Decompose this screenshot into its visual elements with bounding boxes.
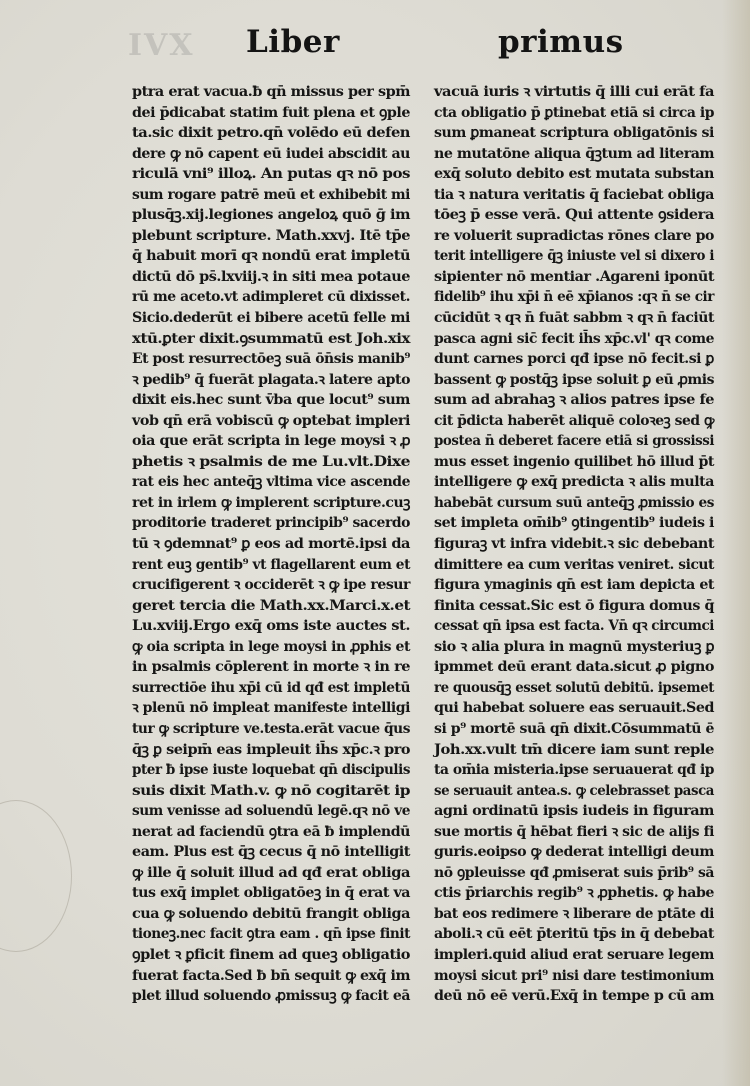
text-line: rat eis hec anteq̄ꝫ vltima vice ascende (132, 472, 410, 493)
text-line: mus esset ingenio quilibet hō illud p̄t (434, 452, 714, 473)
text-line: cua ꝙ soluendo debitū frangit obliga (132, 904, 410, 925)
text-line: tus exq̄ implet obligatōeꝫ in q̄ erat va (132, 883, 410, 904)
text-line: si p⁹ mortē suā qn̄ dixit.Cōsummatū ē (434, 719, 714, 740)
text-line: proditorie traderet principib⁹ sacerdo (132, 513, 410, 534)
text-line: sum ad abrahaꝫ ꝛ alios patres ipse fe (434, 390, 714, 411)
text-line: crucifigerent ꝛ occiderēt ꝛ ꝙ ipe resur (132, 575, 410, 596)
text-line: sum rogare patrē meū et exhibebit mi (132, 185, 410, 206)
text-line: sum venisse ad soluendū legē.qꝛ nō ve (132, 801, 410, 822)
text-line: pter ƀ ipse iuste loquebat qn̄ discipuli… (132, 760, 410, 781)
text-line: eam. Plus est q̄ꝫ cecus q̄ nō intelligit (132, 842, 410, 863)
text-line: dunt carnes porci qđ ipse nō fecit.si ꝑ (434, 349, 714, 370)
text-line: dimittere ea cum veritas veniret. sicut (434, 555, 714, 576)
text-line: ptra erat vacua.ƀ qn̄ missus per spm̄ (132, 82, 410, 103)
text-line: finita cessat.Sic est ō figura domus q̄ (434, 596, 714, 617)
text-line: sio ꝛ alia plura in magnū mysteriuꝫ ꝑ (434, 637, 714, 658)
text-line: ta om̄ia misteria.ipse seruauerat qđ ip (434, 760, 714, 781)
text-line: tioneꝫ.nec facit ꝯtra eam . qn̄ ipse fin… (132, 924, 410, 945)
text-line: q̄ habuit morī qꝛ nondū erat impletū (132, 246, 410, 267)
text-line: plet illud soluendo ꝓmissuꝫ ꝙ facit eā (132, 986, 410, 1007)
text-line: ꝯplet ꝛ ꝑficit finem ad queꝫ obligatio (132, 945, 410, 966)
text-line: geret tercia die Math.xx.Marci.x.et (132, 596, 410, 617)
text-line: in psalmis cōplerent in morte ꝛ in re (132, 657, 410, 678)
text-line: nerat ad faciendū ꝯtra eā ƀ implendū (132, 822, 410, 843)
text-line: cit p̄dicta haberēt aliquē coloꝛeꝫ sed ꝙ (434, 411, 714, 432)
text-line: q̄ꝫ ꝑ seipm̄ eas impleuit ih̄s xp̄c.ꝛ pr… (132, 740, 410, 761)
text-line: surrectiōe ihu xp̄i cū id qđ est impletū (132, 678, 410, 699)
text-line: tōeꝫ p̄ esse verā. Qui attente ꝯsidera (434, 205, 714, 226)
text-line: ta.sic dixit petro.qn̄ volēdo eū defen (132, 123, 410, 144)
text-line: sipienter nō mentiar .Agareni iponūt (434, 267, 714, 288)
text-line: agni ordinatū ipsis iudeis in figuram (434, 801, 714, 822)
text-line: ret in irlem ꝙ implerent scripture.cuꝫ (132, 493, 410, 514)
text-line: se seruauit antea.s. ꝙ celebrasset pasca (434, 781, 714, 802)
text-line: moysi sicut pri⁹ nisi dare testimonium (434, 966, 714, 987)
page-gutter-shadow (722, 0, 750, 1086)
text-line: dictū dō ps̄.lxviij.ꝛ in siti mea potaue (132, 267, 410, 288)
text-line: terit intelligere q̄ꝫ iniuste vel si dix… (434, 246, 714, 267)
text-line: Et post resurrectōeꝫ suā ōn̄sis manib⁹ (132, 349, 410, 370)
text-line: figura ymaginis qn̄ est iam depicta et (434, 575, 714, 596)
text-line: riculā vni⁹ illoꝝ. An putas qꝛ nō pos (132, 164, 410, 185)
text-line: Joh.xx.vult tm̄ dicere iam sunt reple (434, 740, 714, 761)
running-head-left: Liber (246, 24, 340, 60)
text-line: vob qn̄ erā vobiscū ꝙ optebat impleri (132, 411, 410, 432)
text-line: ꝛ plenū nō impleat manifeste intelligi (132, 698, 410, 719)
text-line: oia que erāt scripta in lege moysi ꝛ ꝓ (132, 431, 410, 452)
text-line: aboli.ꝛ cū eēt p̄teritū tp̄s in q̄ debeb… (434, 924, 714, 945)
text-line: tur ꝙ scripture ve.testa.erāt vacue q̄us (132, 719, 410, 740)
text-line: set impleta om̄ib⁹ ꝯtingentib⁹ iudeis i (434, 513, 714, 534)
text-line: pasca agni sic̄ fecit ih̄s xp̄c.vl' qꝛ c… (434, 329, 714, 350)
text-line: vacuā iuris ꝛ virtutis q̄ illi cui erāt … (434, 82, 714, 103)
text-line: xtū.ꝑter dixit.ꝯsummatū est Joh.xix (132, 329, 410, 350)
text-line: fidelib⁹ ihu xp̄i n̄ eē xp̄ianos :qꝛ n̄ … (434, 287, 714, 308)
text-line: re quousq̄ꝫ esset solutū debitū. ipsemet (434, 678, 714, 699)
text-line: ctis p̄riarchis regib⁹ ꝛ ꝓphetis. ꝙ habe (434, 883, 714, 904)
text-line: phetis ꝛ psalmis de me Lu.vlt.Dixe (132, 452, 410, 473)
text-line: Sicio.dederūt ei bibere acetū felle mi (132, 308, 410, 329)
text-line: re voluerit supradictas rōnes clare po (434, 226, 714, 247)
text-line: qui habebat soluere eas seruauit.Sed (434, 698, 714, 719)
text-line: sum ꝑmaneat scriptura obligatōnis si (434, 123, 714, 144)
text-line: ꝛ pedib⁹ q̄ fuerāt plagata.ꝛ latere apto (132, 370, 410, 391)
bleed-through-text: IVX (128, 28, 195, 63)
text-line: cessat qn̄ ipsa est facta. Vn̄ qꝛ circum… (434, 616, 714, 637)
text-line: exq̄ soluto debito est mutata substan (434, 164, 714, 185)
text-line: habebāt cursum suū anteq̄ꝫ ꝓmissio es (434, 493, 714, 514)
text-line: postea n̄ deberet facere etiā si grossis… (434, 431, 714, 452)
text-line: dere ꝙ nō capent eū iudei abscidit au (132, 144, 410, 165)
paper-stain (0, 800, 72, 952)
book-page: IVX Liber primus ptra erat vacua.ƀ qn̄ m… (0, 0, 750, 1086)
text-line: nō ꝯpleuisse qđ ꝓmiserat suis p̄rib⁹ sā (434, 863, 714, 884)
text-line: ipmmet deū erant data.sicut ꝓ pigno (434, 657, 714, 678)
text-line: cta obligatio p̄ ꝑtinebat etiā si circa … (434, 103, 714, 124)
text-line: ꝙ oia scripta in lege moysi in ꝓphis et (132, 637, 410, 658)
text-line: suis dixit Math.v. ꝙ nō cogitarēt ip (132, 781, 410, 802)
text-line: plebunt scripture. Math.xxvj. Itē tp̄e (132, 226, 410, 247)
text-line: fuerat facta.Sed ƀ bn̄ sequit ꝙ exq̄ im (132, 966, 410, 987)
running-head-right: primus (498, 24, 624, 60)
text-line: guris.eoipso ꝙ dederat intelligi deum (434, 842, 714, 863)
text-line: dei p̄dicabat statim fuit plena et ꝯple (132, 103, 410, 124)
text-line: Lu.xviij.Ergo exq̄ oms iste auctes st. (132, 616, 410, 637)
text-line: figuraꝫ vt infra videbit.ꝛ sic debebant (434, 534, 714, 555)
text-line: bassent ꝙ postq̄ꝫ ipse soluit ꝑ eū ꝓmis (434, 370, 714, 391)
text-line: plusq̄ꝫ.xij.legiones angeloꝝ quō ḡ im (132, 205, 410, 226)
text-line: deū nō eē verū.Exq̄ in tempe p cū am (434, 986, 714, 1007)
text-line: intelligere ꝙ exq̄ predicta ꝛ alis multa (434, 472, 714, 493)
text-line: ne mutatōne aliqua q̄ꝫtum ad literam (434, 144, 714, 165)
text-line: cūcidūt ꝛ qꝛ n̄ fuāt sabbm ꝛ qꝛ n̄ faciū… (434, 308, 714, 329)
text-line: rent euꝫ gentib⁹ vt flagellarent eum et (132, 555, 410, 576)
text-column-right: vacuā iuris ꝛ virtutis q̄ illi cui erāt … (434, 82, 714, 1007)
text-line: bat eos redimere ꝛ liberare de ptāte di (434, 904, 714, 925)
text-line: dixit eis.hec sunt v̄ba que locut⁹ sum (132, 390, 410, 411)
text-line: rū me aceto.vt adimpleret cū dixisset. (132, 287, 410, 308)
text-line: impleri.quid aliud erat seruare legem (434, 945, 714, 966)
text-line: sue mortis q̄ hēbat fieri ꝛ sic de alijs… (434, 822, 714, 843)
text-line: tia ꝛ natura veritatis q̄ faciebat oblig… (434, 185, 714, 206)
text-line: tū ꝛ ꝯdemnat⁹ ꝑ eos ad mortē.ipsi da (132, 534, 410, 555)
text-column-left: ptra erat vacua.ƀ qn̄ missus per spm̄dei… (132, 82, 410, 1007)
text-line: ꝙ ille q̄ soluit illud ad qđ erat obliga (132, 863, 410, 884)
